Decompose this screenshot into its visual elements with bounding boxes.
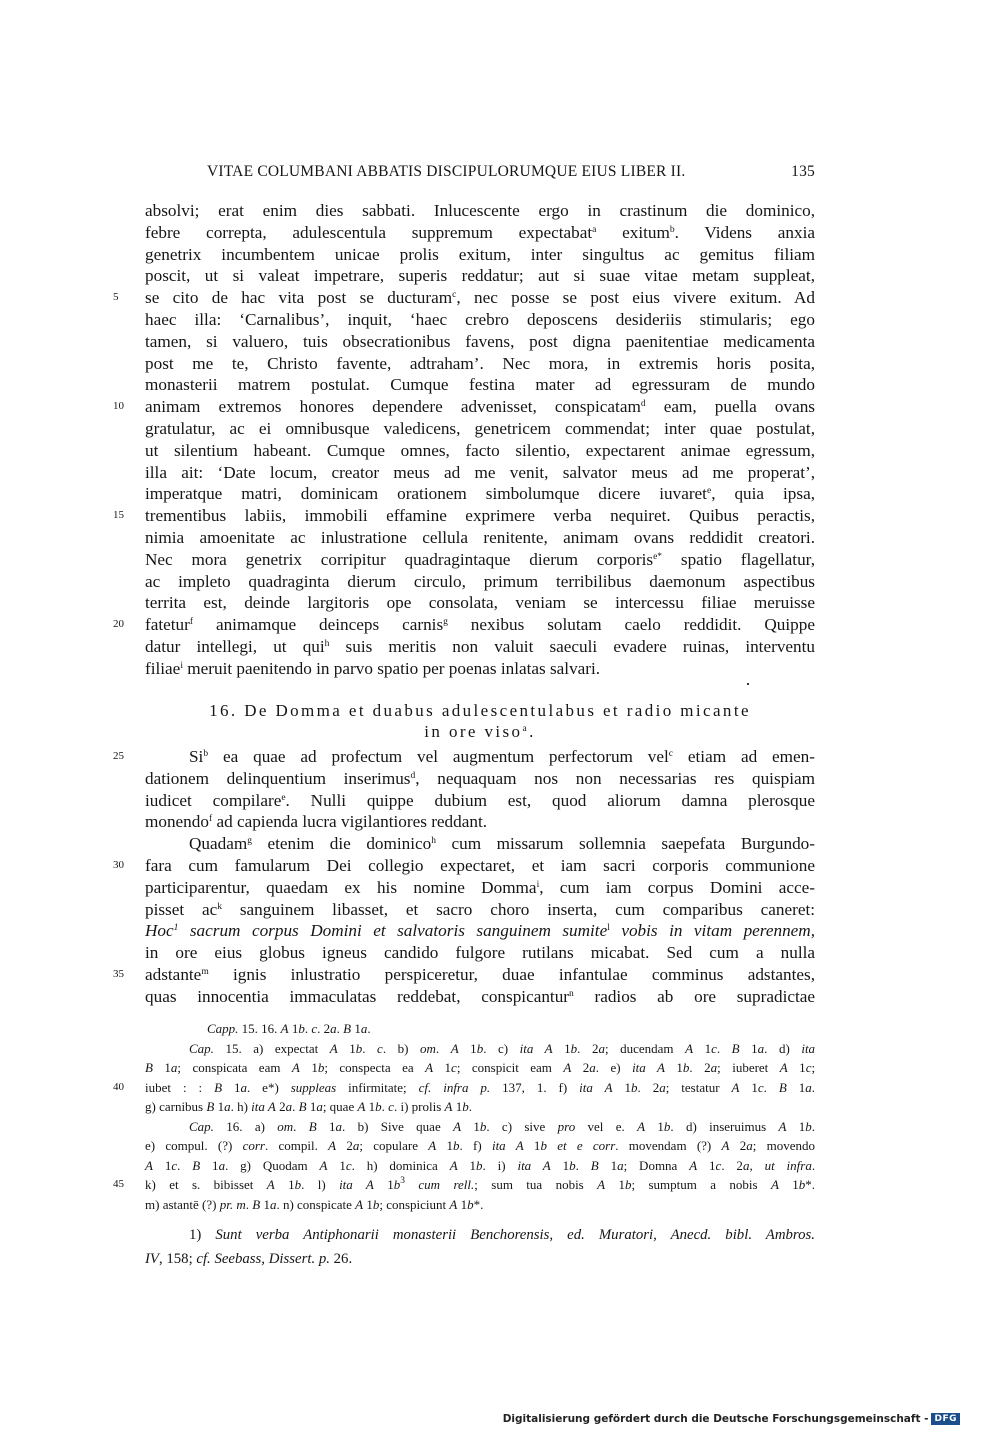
line-number: 15 bbox=[113, 505, 139, 527]
text-line: monasterii matrem postulat. Cumque festi… bbox=[145, 374, 815, 396]
footnote-line: 1) Sunt verba Antiphonarii monasterii Be… bbox=[145, 1223, 815, 1247]
running-head: VITAE COLUMBANI ABBATIS DISCIPULORUMQUE … bbox=[145, 163, 815, 187]
text-line: participarentur, quaedam ex his nomine D… bbox=[145, 877, 815, 899]
text-line: haec illa: ‘Carnalibus’, inquit, ‘haec c… bbox=[145, 309, 815, 331]
text-line: in ore eius globus igneus candido fulgor… bbox=[145, 942, 815, 964]
chapter-heading-line-1: 16. De Domma et duabus adulescentulabus … bbox=[145, 700, 815, 721]
apparatus-line: B 1a; conspicata eam A 1b; conspecta ea … bbox=[145, 1058, 815, 1078]
text-line: pisset ack sanguinem libasset, et sacro … bbox=[145, 899, 815, 921]
book-page: VITAE COLUMBANI ABBATIS DISCIPULORUMQUE … bbox=[0, 0, 1000, 1434]
line-number: 45 bbox=[113, 1175, 139, 1195]
text-line: absolvi; erat enim dies sabbati. Inluces… bbox=[145, 200, 815, 222]
text-line: Quadamg etenim die dominicoh cum missaru… bbox=[145, 833, 815, 855]
text-line: 35adstantem ignis inlustratio perspicere… bbox=[145, 964, 815, 986]
line-number: 20 bbox=[113, 614, 139, 636]
apparatus-line: Cap. 15. a) expectat A 1b. c. b) om. A 1… bbox=[145, 1039, 815, 1059]
apparatus-line: e) compul. (?) corr. compil. A 2a; copul… bbox=[145, 1136, 815, 1156]
credit-text: Digitalisierung gefördert durch die Deut… bbox=[503, 1413, 929, 1425]
text-line: 25Sib ea quae ad profectum vel augmentum… bbox=[145, 746, 815, 768]
critical-apparatus: Capp. 15. 16. A 1b. c. 2a. B 1a.Cap. 15.… bbox=[145, 1019, 815, 1214]
running-head-title: VITAE COLUMBANI ABBATIS DISCIPULORUMQUE … bbox=[207, 163, 685, 181]
text-line: monendof ad capienda lucra vigilantiores… bbox=[145, 811, 815, 833]
stray-mark bbox=[747, 683, 749, 685]
apparatus-line: g) carnibus B 1a. h) ita A 2a. B 1a; qua… bbox=[145, 1097, 815, 1117]
text-line: nimia amoenitate ac inlustratione cellul… bbox=[145, 527, 815, 549]
text-line: territa est, deinde largitoris ope conso… bbox=[145, 592, 815, 614]
text-line: gratulatur, ac ei omnibusque valedicens,… bbox=[145, 418, 815, 440]
text-line: tamen, si valuero, tuis obsecrationibus … bbox=[145, 331, 815, 353]
text-line: iudicet compilaree. Nulli quippe dubium … bbox=[145, 790, 815, 812]
text-line: illa ait: ‘Date locum, creator meus ad m… bbox=[145, 462, 815, 484]
text-line: quas innocentia immaculatas reddebat, co… bbox=[145, 986, 815, 1008]
apparatus-line: A 1c. B 1a. g) Quodam A 1c. h) dominica … bbox=[145, 1156, 815, 1176]
line-number: 10 bbox=[113, 396, 139, 418]
footnotes: 1) Sunt verba Antiphonarii monasterii Be… bbox=[145, 1223, 815, 1271]
text-line: ac impleto quadraginta dierum circulo, p… bbox=[145, 571, 815, 593]
text-line: datur intellegi, ut quih suis meritis no… bbox=[145, 636, 815, 658]
apparatus-line: m) astantē (?) pr. m. B 1a. n) conspicat… bbox=[145, 1195, 815, 1215]
text-line: filiaei meruit paenitendo in parvo spati… bbox=[145, 658, 815, 680]
text-line: Hoc1 sacrum corpus Domini et salvatoris … bbox=[145, 920, 815, 942]
text-line: post me te, Christo favente, adtraham’. … bbox=[145, 353, 815, 375]
apparatus-line: Cap. 16. a) om. B 1a. b) Sive quae A 1b.… bbox=[145, 1117, 815, 1137]
text-line: 10animam extremos honores dependere adve… bbox=[145, 396, 815, 418]
line-number: 30 bbox=[113, 855, 139, 877]
text-line: 15trementibus labiis, immobili effamine … bbox=[145, 505, 815, 527]
chapter-heading: 16. De Domma et duabus adulescentulabus … bbox=[145, 700, 815, 742]
text-line: 20fateturf animamque deinceps carnisg ne… bbox=[145, 614, 815, 636]
line-number: 5 bbox=[113, 287, 139, 309]
dfg-logo-icon: DFG bbox=[931, 1413, 960, 1425]
text-line: 30fara cum famularum Dei collegio expect… bbox=[145, 855, 815, 877]
line-number: 40 bbox=[113, 1078, 139, 1098]
text-line: poscit, ut si valeat impetrare, superis … bbox=[145, 265, 815, 287]
main-text-section-1: absolvi; erat enim dies sabbati. Inluces… bbox=[145, 200, 815, 680]
main-text-section-2: 25Sib ea quae ad profectum vel augmentum… bbox=[145, 746, 815, 1008]
chapter-heading-line-2: in ore visoa. bbox=[145, 721, 815, 742]
text-line: ut silentium habeant. Cumque omnes, fact… bbox=[145, 440, 815, 462]
page-number: 135 bbox=[791, 163, 815, 181]
text-line: imperatque matri, dominicam orationem si… bbox=[145, 483, 815, 505]
line-number: 35 bbox=[113, 964, 139, 986]
line-number: 25 bbox=[113, 746, 139, 768]
apparatus-line: 45k) et s. bibisset A 1b. l) ita A 1b3 c… bbox=[145, 1175, 815, 1195]
text-line: Nec mora genetrix corripitur quadraginta… bbox=[145, 549, 815, 571]
apparatus-line: 40iubet : : B 1a. e*) suppleas infirmita… bbox=[145, 1078, 815, 1098]
text-line: dationem delinquentium inserimusd, nequa… bbox=[145, 768, 815, 790]
text-line: genetrix incumbentem unicae prolis exitu… bbox=[145, 244, 815, 266]
apparatus-line: Capp. 15. 16. A 1b. c. 2a. B 1a. bbox=[145, 1019, 815, 1039]
text-line: febre correpta, adulescentula suppremum … bbox=[145, 222, 815, 244]
text-line: 5se cito de hac vita post se ducturamc, … bbox=[145, 287, 815, 309]
digitization-credit: Digitalisierung gefördert durch die Deut… bbox=[503, 1413, 960, 1425]
footnote-line: IV, 158; cf. Seebass, Dissert. p. 26. bbox=[145, 1247, 815, 1271]
